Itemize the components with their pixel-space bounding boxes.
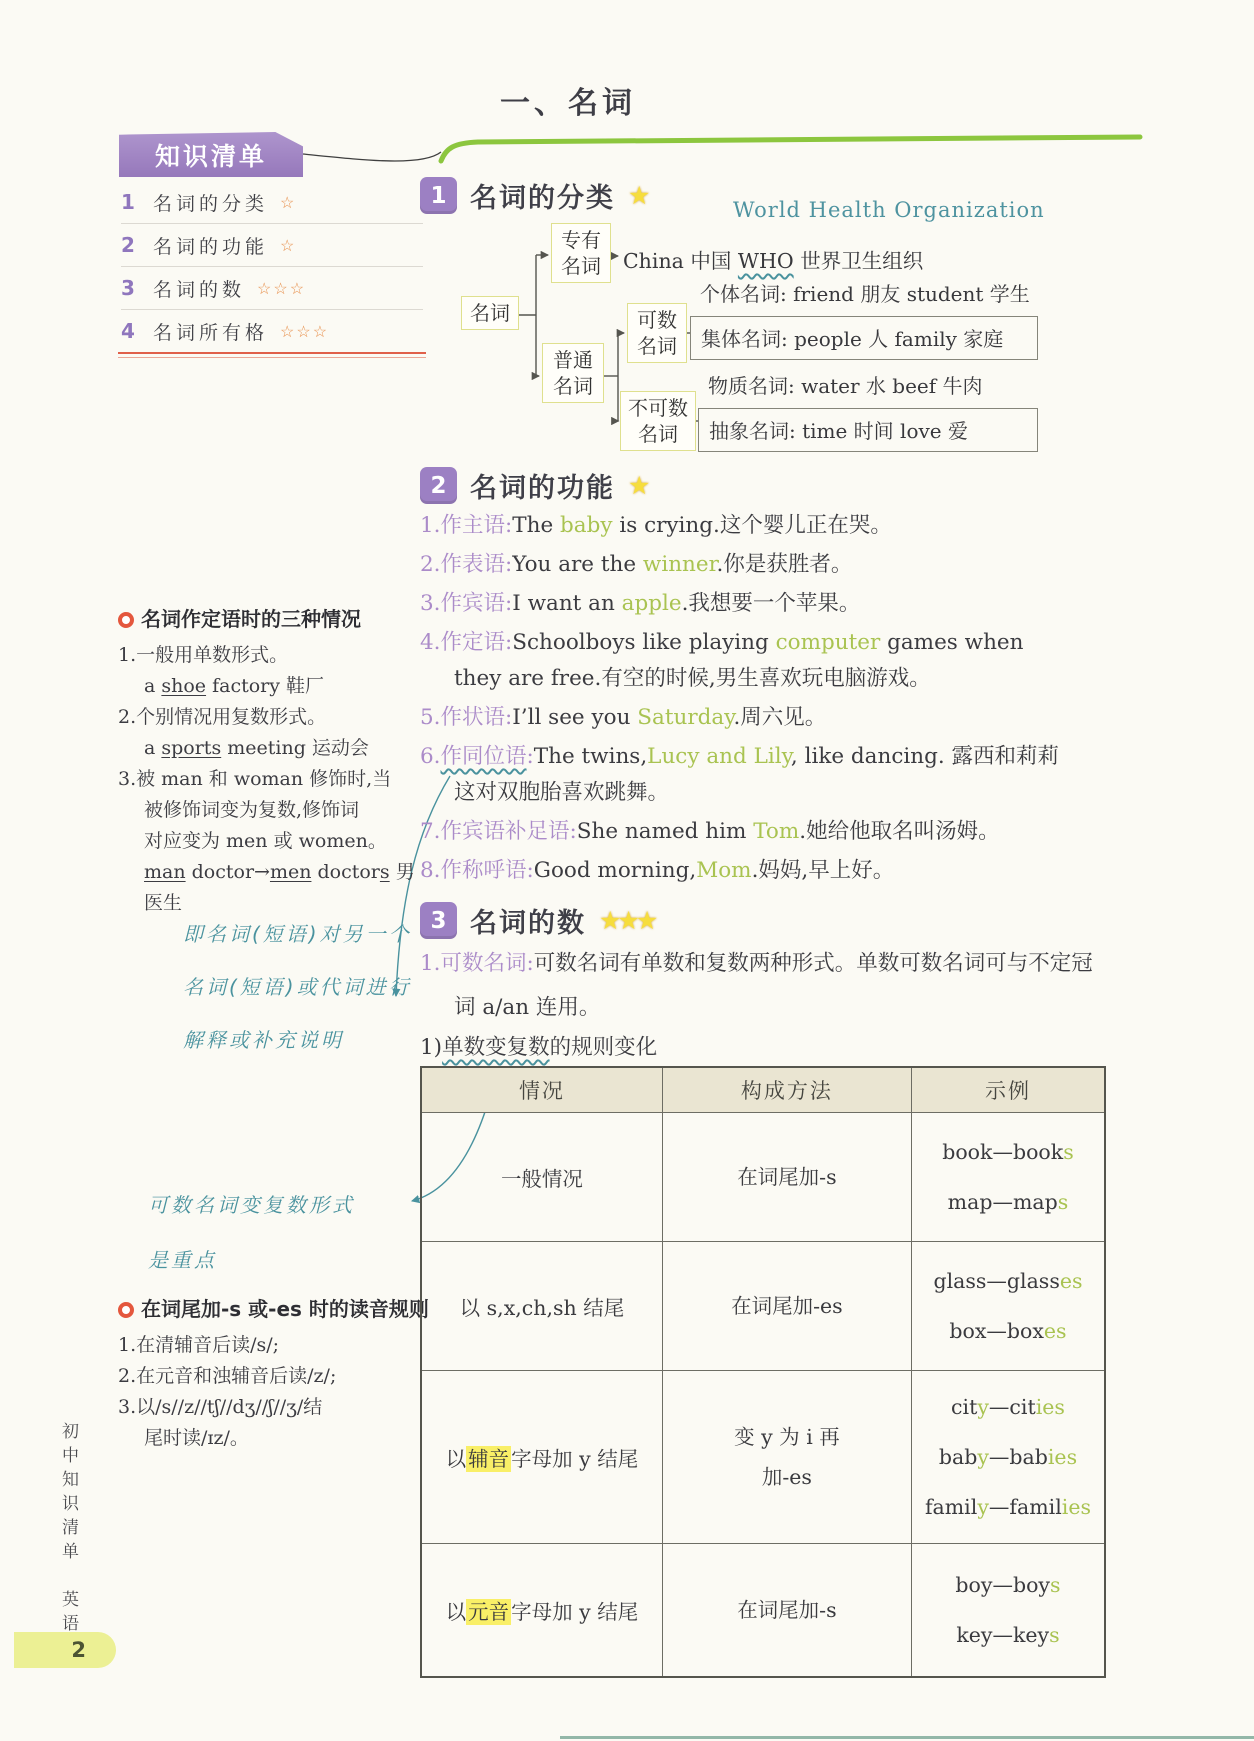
section-title: 名词的功能 [470,466,615,505]
text-run: is crying. [613,513,720,538]
text-line: 变 y 为 i 再 [663,1417,911,1457]
text-run: Mom [696,858,751,883]
item-number: 2 [121,233,153,257]
text-line: 2.在元音和浊辅音后读/z/; [118,1361,430,1392]
text-run: Lucy and Lily [647,744,791,769]
text-run: The twins, [534,744,647,769]
function-item-address: 8.作称呼语:Good morning,Mom.妈妈,早上好。 [420,853,1062,889]
text-run: .周六见。 [733,705,826,730]
text-line: 3.以/s//z//tʃ//dʒ//ʃ//ʒ/结 [118,1392,430,1423]
text-run: 的规则变化 [550,1035,658,1060]
bullet-icon [118,612,134,628]
text-run: computer [776,630,881,655]
margin-note-body: 1.一般用单数形式。a shoe factory 鞋厂2.个别情况用复数形式。a… [118,640,430,919]
text-run: man [144,861,186,883]
function-item-object: 3.作宾语:I want an apple.我想要一个苹果。 [420,586,1062,622]
text-line: box—boxes [912,1306,1104,1356]
text-run: WHO [738,249,794,273]
header-situation: 情况 [421,1067,662,1113]
function-item-object-complement: 7.作宾语补足语:She named him Tom.她给他取名叫汤姆。 [420,814,1062,850]
text-run: a [144,737,161,759]
text-run: 元音 [466,1599,511,1625]
tree-node-countable-noun: 可数名词 [627,303,687,363]
text-run: 物质名词: water 水 beef 牛肉 [708,374,983,398]
situation-cell: 以 s,x,ch,sh 结尾 [421,1242,662,1371]
function-item-adverbial: 5.作状语:I’ll see you Saturday.周六见。 [420,700,1062,736]
spine-text: 初中知识清单 英语 [56,1422,81,1638]
tree-leaf-countable-examples: 个体名词: friend 朋友 student 学生 集体名词: people … [690,272,1038,360]
text-run: .我想要一个苹果。 [682,591,861,616]
text-run: 4.作定语: [420,630,512,655]
text-run: 在词尾加-es [731,1294,843,1318]
text-line: 2.个别情况用复数形式。 [118,702,430,733]
text-run: 以 s,x,ch,sh 结尾 [460,1296,625,1320]
text-line: 3.被 man 和 woman 修饰时,当 [118,764,430,795]
method-cell: 在词尾加-s [662,1113,911,1242]
text-line: 被修饰词变为复数,修饰词 [118,795,430,826]
item-label: 名词所有格 [153,318,268,345]
text-run: ies [1062,1495,1091,1519]
situation-cell: 一般情况 [421,1113,662,1242]
item-label: 名词的功能 [153,232,268,259]
text-run: ies [1036,1395,1065,1419]
text-line: family—families [912,1482,1104,1532]
text-run: .妈妈,早上好。 [752,858,895,883]
text-line: a shoe factory 鞋厂 [118,671,430,702]
section-number-badge: 1 [420,177,457,214]
text-run: 可数名词变复数形式 [148,1193,355,1217]
text-line: 是重点 [148,1233,355,1288]
margin-note-pronunciation: 在词尾加-s 或-es 时的读音规则 1.在清辅音后读/s/;2.在元音和浊辅音… [118,1296,430,1454]
text-run: 一般情况 [501,1167,583,1191]
text-run: 变 y 为 i 再 [734,1425,840,1449]
text-run: 以 [446,1447,467,1471]
text-run: box—box [949,1319,1044,1343]
text-run: 1) [420,1035,442,1060]
text-run: map—map [948,1190,1058,1214]
margin-note-attributive: 名词作定语时的三种情况 1.一般用单数形式。a shoe factory 鞋厂2… [118,606,430,919]
text-run: —cit [989,1395,1036,1419]
tree-node-proper-noun: 专有名词 [551,223,611,283]
text-run: es [1060,1269,1083,1293]
text-run: 名词(短语)或代词进行 [183,975,412,999]
text-run: Tom [753,819,799,844]
text-run: s [380,861,390,883]
text-run: s [1049,1623,1060,1647]
text-line: book—books [912,1127,1104,1177]
text-run: 辅音 [466,1446,511,1472]
tree-leaf-proper-examples: China 中国 WHO 世界卫生组织 [623,244,923,274]
material-nouns-row: 物质名词: water 水 beef 牛肉 [698,364,1038,408]
header-method: 构成方法 [662,1067,911,1113]
text-line: map—maps [912,1177,1104,1227]
text-run: 尾时读/ɪz/。 [144,1427,249,1449]
text-run: famil [925,1495,977,1519]
text-run: es [1044,1319,1067,1343]
text-run: 在词尾加-s [737,1598,836,1622]
star-rating: ☆☆☆ [280,322,329,341]
text-line: 名词(短语)或代词进行 [183,961,412,1014]
text-run: a [144,675,161,697]
text-run: 2.作表语: [420,552,512,577]
text-run: 1.可数名词: [420,951,534,976]
text-run: 集体名词: people 人 family 家庭 [701,327,1003,351]
header-example: 示例 [911,1067,1105,1113]
text-run: 加-es [762,1465,812,1489]
example-cell: city—citiesbaby—babiesfamily—families [911,1371,1105,1544]
text-run: doctor [311,861,379,883]
text-run: shoe [161,675,206,697]
text-run: book—book [942,1140,1063,1164]
star-icon: ★★★ [599,906,654,935]
text-run: 6. [420,744,441,769]
text-line: 对应变为 men 或 women。 [118,826,430,857]
text-run: You are the [512,552,643,577]
section-heading-1: 1 名词的分类 ★ [420,176,646,215]
page-number-badge: 2 [14,1632,116,1668]
text-run: Saturday [637,705,733,730]
text-line: 加-es [663,1457,911,1497]
text-run: Good morning, [534,858,696,883]
text-line: 在词尾加-es [663,1286,911,1326]
star-icon: ★ [628,471,646,500]
text-run: , like dancing. [791,744,952,769]
text-run: baby [560,513,613,538]
plural-rules-table: 情况 构成方法 示例 一般情况 在词尾加-s book—booksmap—map… [420,1066,1106,1678]
text-run: boy—boy [955,1573,1050,1597]
text-run: 2.在元音和浊辅音后读/z/; [118,1365,336,1387]
text-line: baby—babies [912,1432,1104,1482]
section-heading-2: 2 名词的功能 ★ [420,466,646,505]
function-item-subject: 1.作主语:The baby is crying.这个婴儿正在哭。 [420,508,1062,544]
text-run: 抽象名词: time 时间 love 爱 [709,419,968,443]
text-run: 3.作宾语: [420,591,512,616]
text-run: s [1063,1140,1074,1164]
text-run: 字母加 y 结尾 [511,1447,638,1471]
text-line: 解释或补充说明 [183,1014,412,1067]
text-run: 即名词(短语)对另一个 [183,922,412,946]
text-run: glass—glass [933,1269,1059,1293]
text-run: 2.个别情况用复数形式。 [118,706,326,728]
example-cell: boy—boyskey—keys [911,1544,1105,1678]
section-title: 名词的分类 [470,176,615,215]
knowledge-list-item-4: 4 名词所有格 ☆☆☆ [121,310,423,352]
text-run: .你是获胜者。 [717,552,853,577]
text-run: doctor→ [186,861,270,883]
text-run: s [1058,1190,1069,1214]
function-item-appositive: 6.作同位语:The twins,Lucy and Lily, like dan… [420,739,1062,811]
item-number: 1 [121,190,153,214]
text-run: 以 [446,1600,467,1624]
page-title: 一、名词 [500,78,636,122]
text-line: 在词尾加-s [663,1590,911,1630]
text-run: 字母加 y 结尾 [511,1600,638,1624]
text-run: 有空的时候,男生喜欢玩电脑游戏。 [601,666,930,691]
text-run: 7.作宾语补足语: [420,819,577,844]
text-run: 单数变复数 [442,1035,550,1060]
tree-node-noun: 名词 [461,296,519,330]
text-run: sports [161,737,221,759]
text-run: 这个婴儿正在哭。 [720,513,892,538]
text-run: men [270,861,312,883]
knowledge-list-item-2: 2 名词的功能 ☆ [121,224,423,267]
section-heading-3: 3 名词的数 ★★★ [420,901,654,940]
text-run: y [977,1445,989,1469]
text-run: y [977,1395,989,1419]
text-run: China 中国 [623,249,738,273]
text-line: glass—glasses [912,1256,1104,1306]
bullet-icon [118,1302,134,1318]
text-run: ies [1048,1445,1077,1469]
list-end-rule [118,352,426,358]
individual-nouns-row: 个体名词: friend 朋友 student 学生 [690,272,1038,316]
example-cell: glass—glassesbox—boxes [911,1242,1105,1371]
tree-leaf-uncountable-examples: 物质名词: water 水 beef 牛肉 抽象名词: time 时间 love… [698,364,1038,452]
item-label: 名词的分类 [153,189,268,216]
situation-cell: 以辅音字母加 y 结尾 [421,1371,662,1544]
text-run: s [1050,1573,1061,1597]
text-run: 被修饰词变为复数,修饰词 [144,799,359,821]
table-row: 以元音字母加 y 结尾 在词尾加-s boy—boyskey—keys [421,1544,1105,1678]
text-run: 8.作称呼语: [420,858,534,883]
item-label: 名词的数 [153,275,245,302]
margin-note-title: 在词尾加-s 或-es 时的读音规则 [141,1296,429,1323]
text-run: apple [622,591,682,616]
text-line: 在词尾加-s [663,1157,911,1197]
text-line: man doctor→men doctors 男 [118,857,430,888]
handwritten-annotation-who: World Health Organization [733,198,1045,222]
knowledge-list-badge: 知识清单 [119,132,303,177]
noun-function-list: 1.作主语:The baby is crying.这个婴儿正在哭。 2.作表语:… [420,508,1062,892]
text-line: 1.在清辅音后读/s/; [118,1330,430,1361]
text-run: 1.一般用单数形式。 [118,644,288,666]
text-run: 个体名词: friend 朋友 student 学生 [700,282,1030,306]
text-line: city—cities [912,1382,1104,1432]
method-cell: 在词尾加-s [662,1544,911,1678]
tree-node-uncountable-noun: 不可数名词 [620,391,696,451]
collective-nouns-row: 集体名词: people 人 family 家庭 [690,316,1038,360]
function-item-predicative: 2.作表语:You are the winner.你是获胜者。 [420,547,1062,583]
item-number: 3 [121,276,153,300]
textbook-page: 一、名词 知识清单 1 名词的分类 ☆ 2 名词的功能 ☆ 3 名词的数 ☆☆☆… [0,0,1254,1741]
text-line: 1.一般用单数形式。 [118,640,430,671]
text-run: factory 鞋厂 [206,675,324,697]
knowledge-list-item-3: 3 名词的数 ☆☆☆ [121,267,423,310]
text-run: : [527,744,534,769]
example-cell: book—booksmap—maps [911,1113,1105,1242]
section-number-badge: 3 [420,902,457,939]
abstract-nouns-row: 抽象名词: time 时间 love 爱 [698,408,1038,452]
table-header-row: 情况 构成方法 示例 [421,1067,1105,1113]
text-run: —bab [989,1445,1048,1469]
text-run: 是重点 [148,1248,217,1272]
tree-node-common-noun: 普通名词 [542,343,604,403]
star-icon: ★ [628,181,646,210]
text-run: 3.以/s//z//tʃ//dʒ//ʃ//ʒ/结 [118,1396,322,1418]
text-run: She named him [577,819,753,844]
method-cell: 在词尾加-es [662,1242,911,1371]
text-run: I want an [512,591,621,616]
table-row: 一般情况 在词尾加-s book—booksmap—maps [421,1113,1105,1242]
star-rating: ☆☆☆ [257,279,306,298]
star-rating: ☆ [280,193,296,212]
text-line: a sports meeting 运动会 [118,733,430,764]
text-run: 男 [390,861,415,883]
text-run: 解释或补充说明 [183,1028,344,1052]
text-run: meeting 运动会 [221,737,369,759]
text-run: 3.被 man 和 woman 修饰时,当 [118,768,391,790]
knowledge-list-item-1: 1 名词的分类 ☆ [121,181,423,224]
margin-note-body: 1.在清辅音后读/s/;2.在元音和浊辅音后读/z/;3.以/s//z//tʃ/… [118,1330,430,1454]
countable-noun-intro: 1.可数名词:可数名词有单数和复数两种形式。单数可数名词可与不定冠词 a/an … [420,942,1100,1030]
section-title: 名词的数 [470,901,586,940]
text-run: 在词尾加-s [737,1165,836,1189]
text-run: I’ll see you [512,705,637,730]
text-run: y [977,1495,989,1519]
handwritten-note-appositive: 即名词(短语)对另一个名词(短语)或代词进行解释或补充说明 [183,908,412,1067]
text-run: 1.作主语: [420,513,512,538]
text-line: 即名词(短语)对另一个 [183,908,412,961]
text-run: —famil [989,1495,1062,1519]
item-number: 4 [121,319,153,343]
text-run: 1.在清辅音后读/s/; [118,1334,279,1356]
situation-cell: 以元音字母加 y 结尾 [421,1544,662,1678]
text-line: 尾时读/ɪz/。 [118,1423,430,1454]
text-line: key—keys [912,1610,1104,1660]
knowledge-list: 1 名词的分类 ☆ 2 名词的功能 ☆ 3 名词的数 ☆☆☆ 4 名词所有格 ☆… [121,181,423,352]
text-run: winner [643,552,717,577]
function-item-attributive: 4.作定语:Schoolboys like playing computer g… [420,625,1062,697]
text-run: key—key [956,1623,1049,1647]
text-run: 世界卫生组织 [794,249,924,273]
text-run: Schoolboys like playing [512,630,775,655]
star-rating: ☆ [280,236,296,255]
text-run: cit [951,1395,977,1419]
page-bottom-edge [560,1736,1254,1739]
handwritten-note-plural-focus: 可数名词变复数形式是重点 [148,1178,355,1288]
text-line: boy—boys [912,1560,1104,1610]
table-row: 以辅音字母加 y 结尾 变 y 为 i 再加-es city—citiesbab… [421,1371,1105,1544]
text-run: 作同位语 [441,744,527,769]
text-run: .她给他取名叫汤姆。 [799,819,999,844]
text-run: bab [939,1445,977,1469]
text-run: 5.作状语: [420,705,512,730]
text-run: 医生 [144,892,182,914]
text-line: 可数名词变复数形式 [148,1178,355,1233]
section-number-badge: 2 [420,467,457,504]
text-run: The [512,513,560,538]
method-cell: 变 y 为 i 再加-es [662,1371,911,1544]
plural-rules-subheading: 1)单数变复数的规则变化 [420,1030,657,1061]
green-header-rule [441,137,1140,161]
table-row: 以 s,x,ch,sh 结尾 在词尾加-es glass—glassesbox—… [421,1242,1105,1371]
text-run: 对应变为 men 或 women。 [144,830,387,852]
margin-note-title: 名词作定语时的三种情况 [141,606,361,633]
text-run: 可数名词有单数和复数两种形式。单数可数名词可与不定冠词 a/an 连用。 [454,951,1093,1020]
